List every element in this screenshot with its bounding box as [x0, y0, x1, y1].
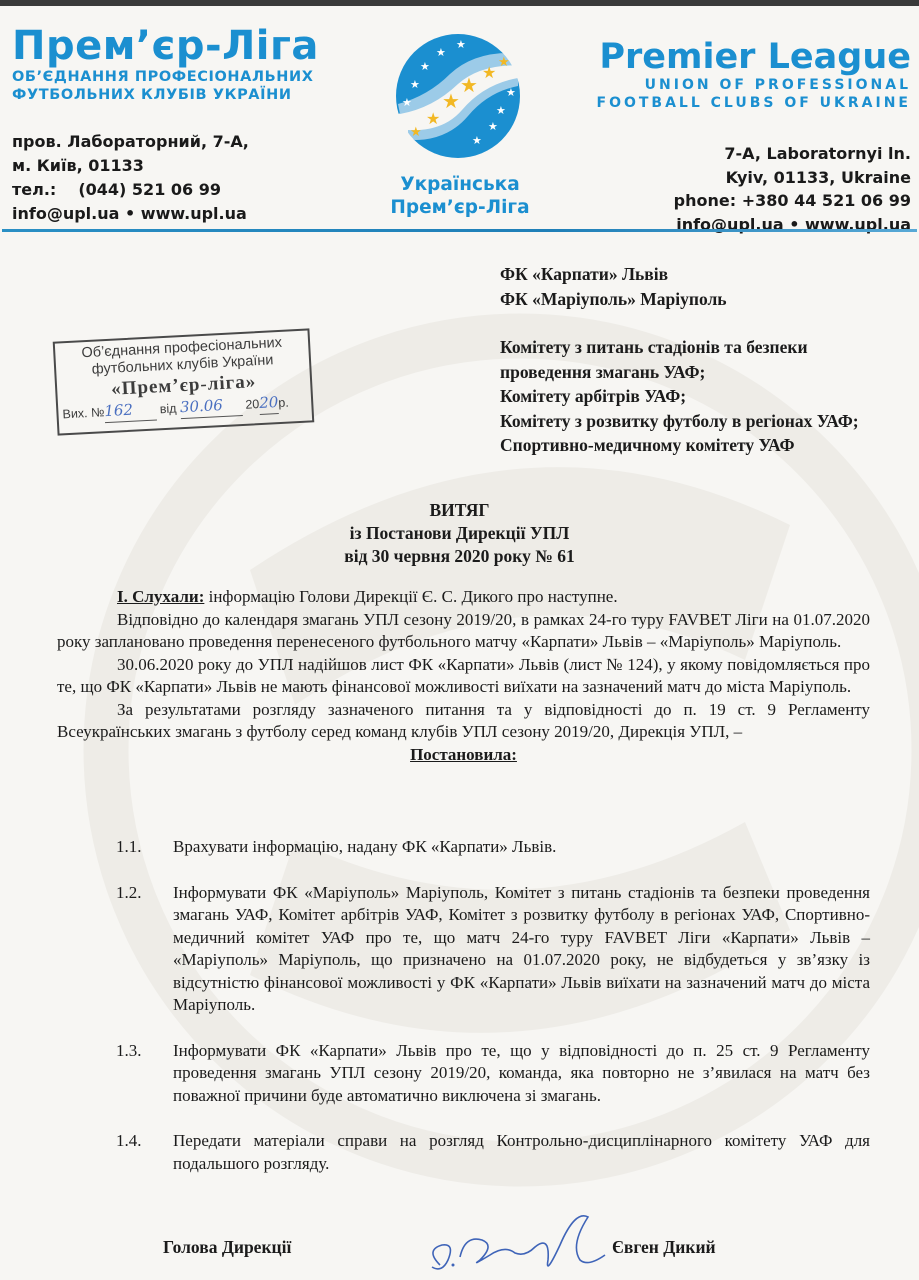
addressee-committee: Комітету арбітрів УАФ;	[500, 384, 900, 409]
outgoing-stamp: Об’єднання професіональних футбольних кл…	[53, 328, 315, 435]
addressee-committee: Комітету з питань стадіонів та безпеки п…	[500, 335, 900, 384]
brand-ua-title: Прем’єр-Ліга	[12, 24, 319, 68]
scan-edge	[0, 0, 919, 6]
heard-label: І. Слухали:	[117, 587, 204, 606]
svg-text:★: ★	[488, 120, 498, 133]
svg-text:★: ★	[410, 125, 422, 140]
signatory-position: Голова Дирекції	[163, 1237, 291, 1258]
address-en: 7-A, Laboratornyi ln. Kyiv, 01133, Ukrai…	[674, 142, 911, 236]
address-ua-line1: пров. Лабораторний, 7-А,	[12, 130, 249, 154]
address-en-line2: Kyiv, 01133, Ukraine	[674, 166, 911, 190]
resolution-text: Передати матеріали справи на розгляд Кон…	[173, 1130, 870, 1175]
stamp-year-end: р.	[278, 396, 289, 411]
svg-text:★: ★	[456, 38, 466, 51]
body-paragraph-2: 30.06.2020 року до УПЛ надійшов лист ФК …	[57, 654, 870, 699]
phone-ua: тел.:(044) 521 06 99	[12, 178, 249, 202]
phone-ua-number: (044) 521 06 99	[78, 180, 221, 199]
heard-paragraph: І. Слухали: інформацію Голови Дирекції Є…	[57, 586, 870, 609]
stamp-year-prefix: 20	[245, 397, 260, 412]
svg-text:★: ★	[420, 60, 430, 73]
logo-text-line2: Прем’єр-Ліга	[378, 196, 542, 219]
heard-text: інформацію Голови Дирекції Є. С. Дикого …	[204, 587, 617, 606]
addressee-committee: Комітету з розвитку футболу в регіонах У…	[500, 409, 900, 434]
resolution-text: Врахувати інформацію, надану ФК «Карпати…	[173, 836, 870, 859]
svg-text:★: ★	[426, 109, 440, 128]
svg-text:★: ★	[496, 104, 506, 117]
handwritten-signature-icon	[420, 1205, 610, 1280]
resolution-item: 1.1. Врахувати інформацію, надану ФК «Ка…	[116, 836, 870, 859]
brand-en-subtitle-1: UNION OF PROFESSIONAL	[597, 76, 912, 94]
stamp-out-label: Вих. №	[62, 405, 105, 421]
svg-text:★: ★	[472, 134, 482, 147]
stamp-out-number: 162	[104, 401, 134, 420]
body-paragraph-1: Відповідно до календаря змагань УПЛ сезо…	[57, 609, 870, 654]
title-line3: від 30 червня 2020 року № 61	[0, 545, 919, 568]
resolutions-list: 1.1. Врахувати інформацію, надану ФК «Ка…	[116, 836, 870, 1198]
svg-text:★: ★	[410, 78, 420, 91]
phone-ua-label: тел.:	[12, 180, 56, 199]
title-line1: ВИТЯГ	[0, 499, 919, 522]
svg-text:★: ★	[460, 73, 478, 97]
resolution-number: 1.2.	[116, 882, 173, 1017]
title-line2: із Постанови Дирекції УПЛ	[0, 522, 919, 545]
stamp-year-suffix: 20	[259, 393, 279, 412]
svg-text:★: ★	[506, 86, 516, 99]
address-en-line1: 7-A, Laboratornyi ln.	[674, 142, 911, 166]
stamp-date: 30.06	[179, 396, 223, 416]
upl-ball-stars-icon: ★★★★★ ★★★★ ★★★ ★★★	[388, 26, 528, 166]
resolution-item: 1.3. Інформувати ФК «Карпати» Львів про …	[116, 1040, 870, 1108]
contacts-ua: info@upl.ua • www.upl.ua	[12, 202, 249, 226]
phone-en: phone: +380 44 521 06 99	[674, 189, 911, 213]
addressee-club: ФК «Маріуполь» Маріуполь	[500, 287, 900, 312]
header-divider	[2, 229, 917, 232]
brand-ua: Прем’єр-Ліга ОБ’ЄДНАННЯ ПРОФЕСІОНАЛЬНИХ …	[12, 24, 319, 104]
stamp-date-label: від	[159, 401, 176, 416]
document-page: Прем’єр-Ліга ОБ’ЄДНАННЯ ПРОФЕСІОНАЛЬНИХ …	[0, 0, 919, 1280]
signatory-name: Євген Дикий	[612, 1237, 716, 1258]
address-ua-line2: м. Київ, 01133	[12, 154, 249, 178]
contacts-en: info@upl.ua • www.upl.ua	[674, 213, 911, 237]
brand-ua-subtitle-1: ОБ’ЄДНАННЯ ПРОФЕСІОНАЛЬНИХ	[12, 68, 319, 86]
svg-text:★: ★	[498, 55, 510, 70]
brand-en-subtitle-2: FOOTBALL CLUBS OF UKRAINE	[597, 94, 912, 112]
brand-ua-subtitle-2: ФУТБОЛЬНИХ КЛУБІВ УКРАЇНИ	[12, 86, 319, 104]
body-paragraph-3: За результатами розгляду зазначеного пит…	[57, 699, 870, 744]
resolution-number: 1.4.	[116, 1130, 173, 1175]
addressee-committee: Спортивно-медичному комітету УАФ	[500, 433, 900, 458]
addressee-club: ФК «Карпати» Львів	[500, 262, 900, 287]
svg-text:★: ★	[482, 63, 496, 82]
resolution-text: Інформувати ФК «Маріуполь» Маріуполь, Ко…	[173, 882, 870, 1017]
resolution-number: 1.1.	[116, 836, 173, 859]
brand-en-title: Premier League	[597, 38, 912, 76]
svg-text:★: ★	[402, 96, 412, 109]
resolution-text: Інформувати ФК «Карпати» Львів про те, щ…	[173, 1040, 870, 1108]
resolution-item: 1.4. Передати матеріали справи на розгля…	[116, 1130, 870, 1175]
address-ua: пров. Лабораторний, 7-А, м. Київ, 01133 …	[12, 130, 249, 226]
logo-text-line1: Українська	[378, 173, 542, 196]
document-body: І. Слухали: інформацію Голови Дирекції Є…	[57, 586, 870, 766]
document-title: ВИТЯГ із Постанови Дирекції УПЛ від 30 ч…	[0, 499, 919, 568]
resolution-number: 1.3.	[116, 1040, 173, 1108]
resolved-heading: Постановила:	[57, 744, 870, 767]
brand-en: Premier League UNION OF PROFESSIONAL FOO…	[597, 38, 912, 112]
svg-text:★: ★	[436, 46, 446, 59]
resolution-item: 1.2. Інформувати ФК «Маріуполь» Маріупол…	[116, 882, 870, 1017]
addressees: ФК «Карпати» Львів ФК «Маріуполь» Маріуп…	[500, 262, 900, 458]
svg-text:★: ★	[442, 89, 460, 113]
logo-wordmark: Українська Прем’єр-Ліга	[378, 173, 542, 219]
